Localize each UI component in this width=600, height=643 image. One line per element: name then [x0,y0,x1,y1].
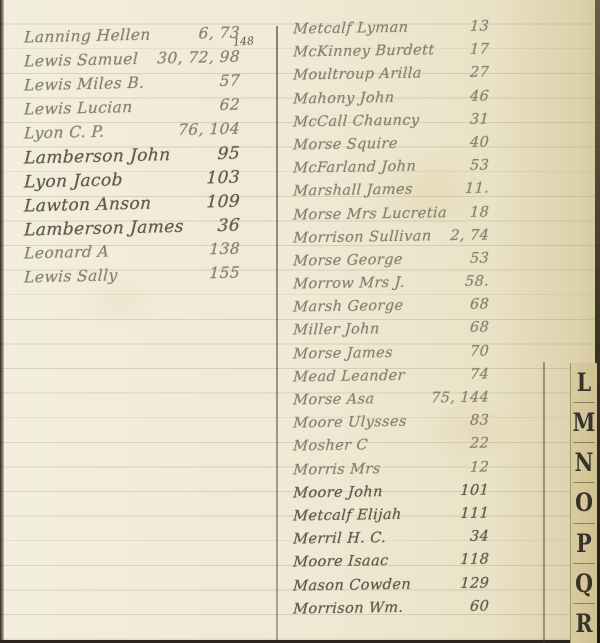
entry-page-numbers: 95 [209,144,240,165]
entry-page-numbers: 13 [461,18,489,34]
entry-page-numbers: 53 [461,158,489,174]
entry-page-numbers: 36 [209,216,240,237]
entry-page-numbers: 118 [452,552,490,569]
entry-name: Merril H. C. [293,530,387,547]
entry-name: Morse Mrs Lucretia [293,205,448,223]
entry-page-numbers: 11. [456,181,489,198]
entry-page-numbers: 70 [461,343,489,359]
ledger-entry: Moore Isaac 118 [292,552,489,578]
entry-page-numbers: 57 [211,72,240,91]
index-tab-letter[interactable]: N [573,442,594,482]
entry-name: Leonard A [24,243,110,263]
ledger-entry: Morse George 53 [292,250,489,276]
entry-name: Morrison Wm. [293,599,404,617]
entry-page-numbers: 17 [461,42,489,58]
entry-name: Lamberson John [24,145,171,168]
ledger-entry: Mahony John 46 [292,88,489,114]
ledger-entry: Morse Mrs Lucretia 18 [292,204,489,230]
ledger-entry: Moore John 101 [292,482,489,508]
entry-name: Mason Cowden [293,576,412,594]
entry-page-numbers: 62 [211,96,240,115]
entry-page-numbers: 58. [456,274,489,291]
entry-page-numbers: 83 [461,413,489,429]
entry-name: Morrow Mrs J. [293,275,405,293]
entry-name: Lyon Jacob [24,170,124,192]
entry-name: Lanning Hellen [24,26,151,47]
entry-page-numbers: 18 [461,204,489,220]
entry-page-numbers: 68 [461,320,489,336]
index-tab-letter[interactable]: Q [573,563,594,603]
entry-name: Metcalf Elijah [293,507,402,525]
entry-page-numbers: 53 [461,250,489,266]
ledger-entry: Mead Leander 74 [292,366,489,392]
ledger-entry: Mason Cowden 129 [292,575,489,601]
entry-name: McFarland John [293,159,417,177]
ledger-entry: Metcalf Lyman 13 [292,18,489,44]
entry-page-numbers: 75, 144 [423,389,490,406]
right-entry-column: Metcalf Lyman 13 McKinney Burdett 17 Mou… [293,20,489,623]
entry-name: Marshall James [293,182,413,200]
left-entry-column: Lanning Hellen 6, 73 Lewis Samuel 30, 72… [24,26,240,290]
entry-name: Moore Isaac [293,553,389,571]
entry-page-numbers: 2, 74 [442,227,490,244]
tab-underpage-edge [543,362,545,643]
entry-name: Lawton Anson [24,194,152,217]
entry-name: McKinney Burdett [293,42,435,60]
ledger-entry: Metcalf Elijah 111 [292,505,489,531]
entry-page-numbers: 31 [461,111,489,127]
ledger-entry: Mosher C 22 [292,436,489,462]
entry-name: Morse Squire [293,136,399,154]
ledger-entry: Morris Mrs 12 [292,459,489,485]
entry-page-numbers: 101 [452,482,490,499]
ledger-entry: Lewis Sally 155 [23,264,240,293]
entry-name: Miller John [293,322,380,339]
entry-name: McCall Chauncy [293,112,420,130]
ledger-entry: Marshall James 11. [292,181,489,207]
entry-page-numbers: 34 [461,529,489,545]
ledger-page-scan: 148 Lanning Hellen 6, 73 Lewis Samuel 30… [0,0,600,643]
entry-page-numbers: 27 [461,65,489,81]
entry-name: Morse Asa [293,391,375,408]
ledger-entry: Morrison Sullivan 2, 74 [292,227,489,253]
ledger-entry: Miller John 68 [292,320,489,346]
entry-name: Lewis Miles B. [24,74,145,95]
page-left-edge [0,0,4,643]
entry-page-numbers: 46 [461,88,489,104]
column-divider-rule [276,26,278,640]
entry-page-numbers: 40 [461,134,489,150]
entry-name: Morse George [293,252,403,270]
ledger-entry: Morse Asa 75, 144 [292,389,489,415]
entry-name: Morris Mrs [293,461,381,478]
entry-name: Moore John [293,484,384,501]
entry-name: Lyon C. P. [24,123,105,143]
entry-page-numbers: 74 [461,366,489,382]
entry-page-numbers: 68 [461,297,489,313]
entry-page-numbers: 22 [461,436,489,452]
ledger-entry: Morrison Wm. 60 [292,598,489,624]
ledger-entry: McCall Chauncy 31 [292,111,489,137]
index-tab-letter[interactable]: P [573,523,594,563]
entry-name: Mead Leander [293,368,406,386]
ledger-entry: Moultroup Arilla 27 [292,65,489,91]
index-tab-letter[interactable]: O [573,482,594,522]
entry-page-numbers: 155 [201,264,241,283]
entry-name: Metcalf Lyman [293,20,409,38]
entry-name: Lewis Lucian [24,98,133,118]
entry-name: Marsh George [293,298,404,316]
entry-page-numbers: 76, 104 [170,120,241,140]
entry-page-numbers: 109 [198,192,241,213]
index-tab-letter[interactable]: L [573,363,594,402]
entry-page-numbers: 138 [201,240,241,259]
entry-page-numbers: 12 [461,459,489,475]
entry-name: Mahony John [293,89,395,107]
entry-name: Lewis Samuel [24,50,139,71]
ledger-entry: Morse Squire 40 [292,134,489,160]
entry-name: Moore Ulysses [293,414,407,432]
entry-page-numbers: 111 [452,505,490,522]
index-tab-letter[interactable]: R [573,603,594,643]
index-tab-letter[interactable]: M [573,402,594,442]
entry-name: Lewis Sally [24,266,118,286]
entry-page-numbers: 30, 72, 98 [149,48,241,68]
entry-name: Lamberson James [24,217,185,241]
alphabet-index-tabs: LMNOPQR [570,363,597,643]
entry-page-numbers: 129 [452,575,490,592]
entry-name: Morrison Sullivan [293,228,432,246]
ledger-entry: Morrow Mrs J. 58. [292,274,489,300]
entry-name: Mosher C [293,438,369,455]
entry-page-numbers: 60 [461,598,489,614]
entry-page-numbers: 6, 73 [190,24,240,43]
ledger-entry: Morse James 70 [292,343,489,369]
entry-name: Morse James [293,345,394,363]
entry-name: Moultroup Arilla [293,66,422,84]
entry-page-numbers: 103 [198,168,241,189]
